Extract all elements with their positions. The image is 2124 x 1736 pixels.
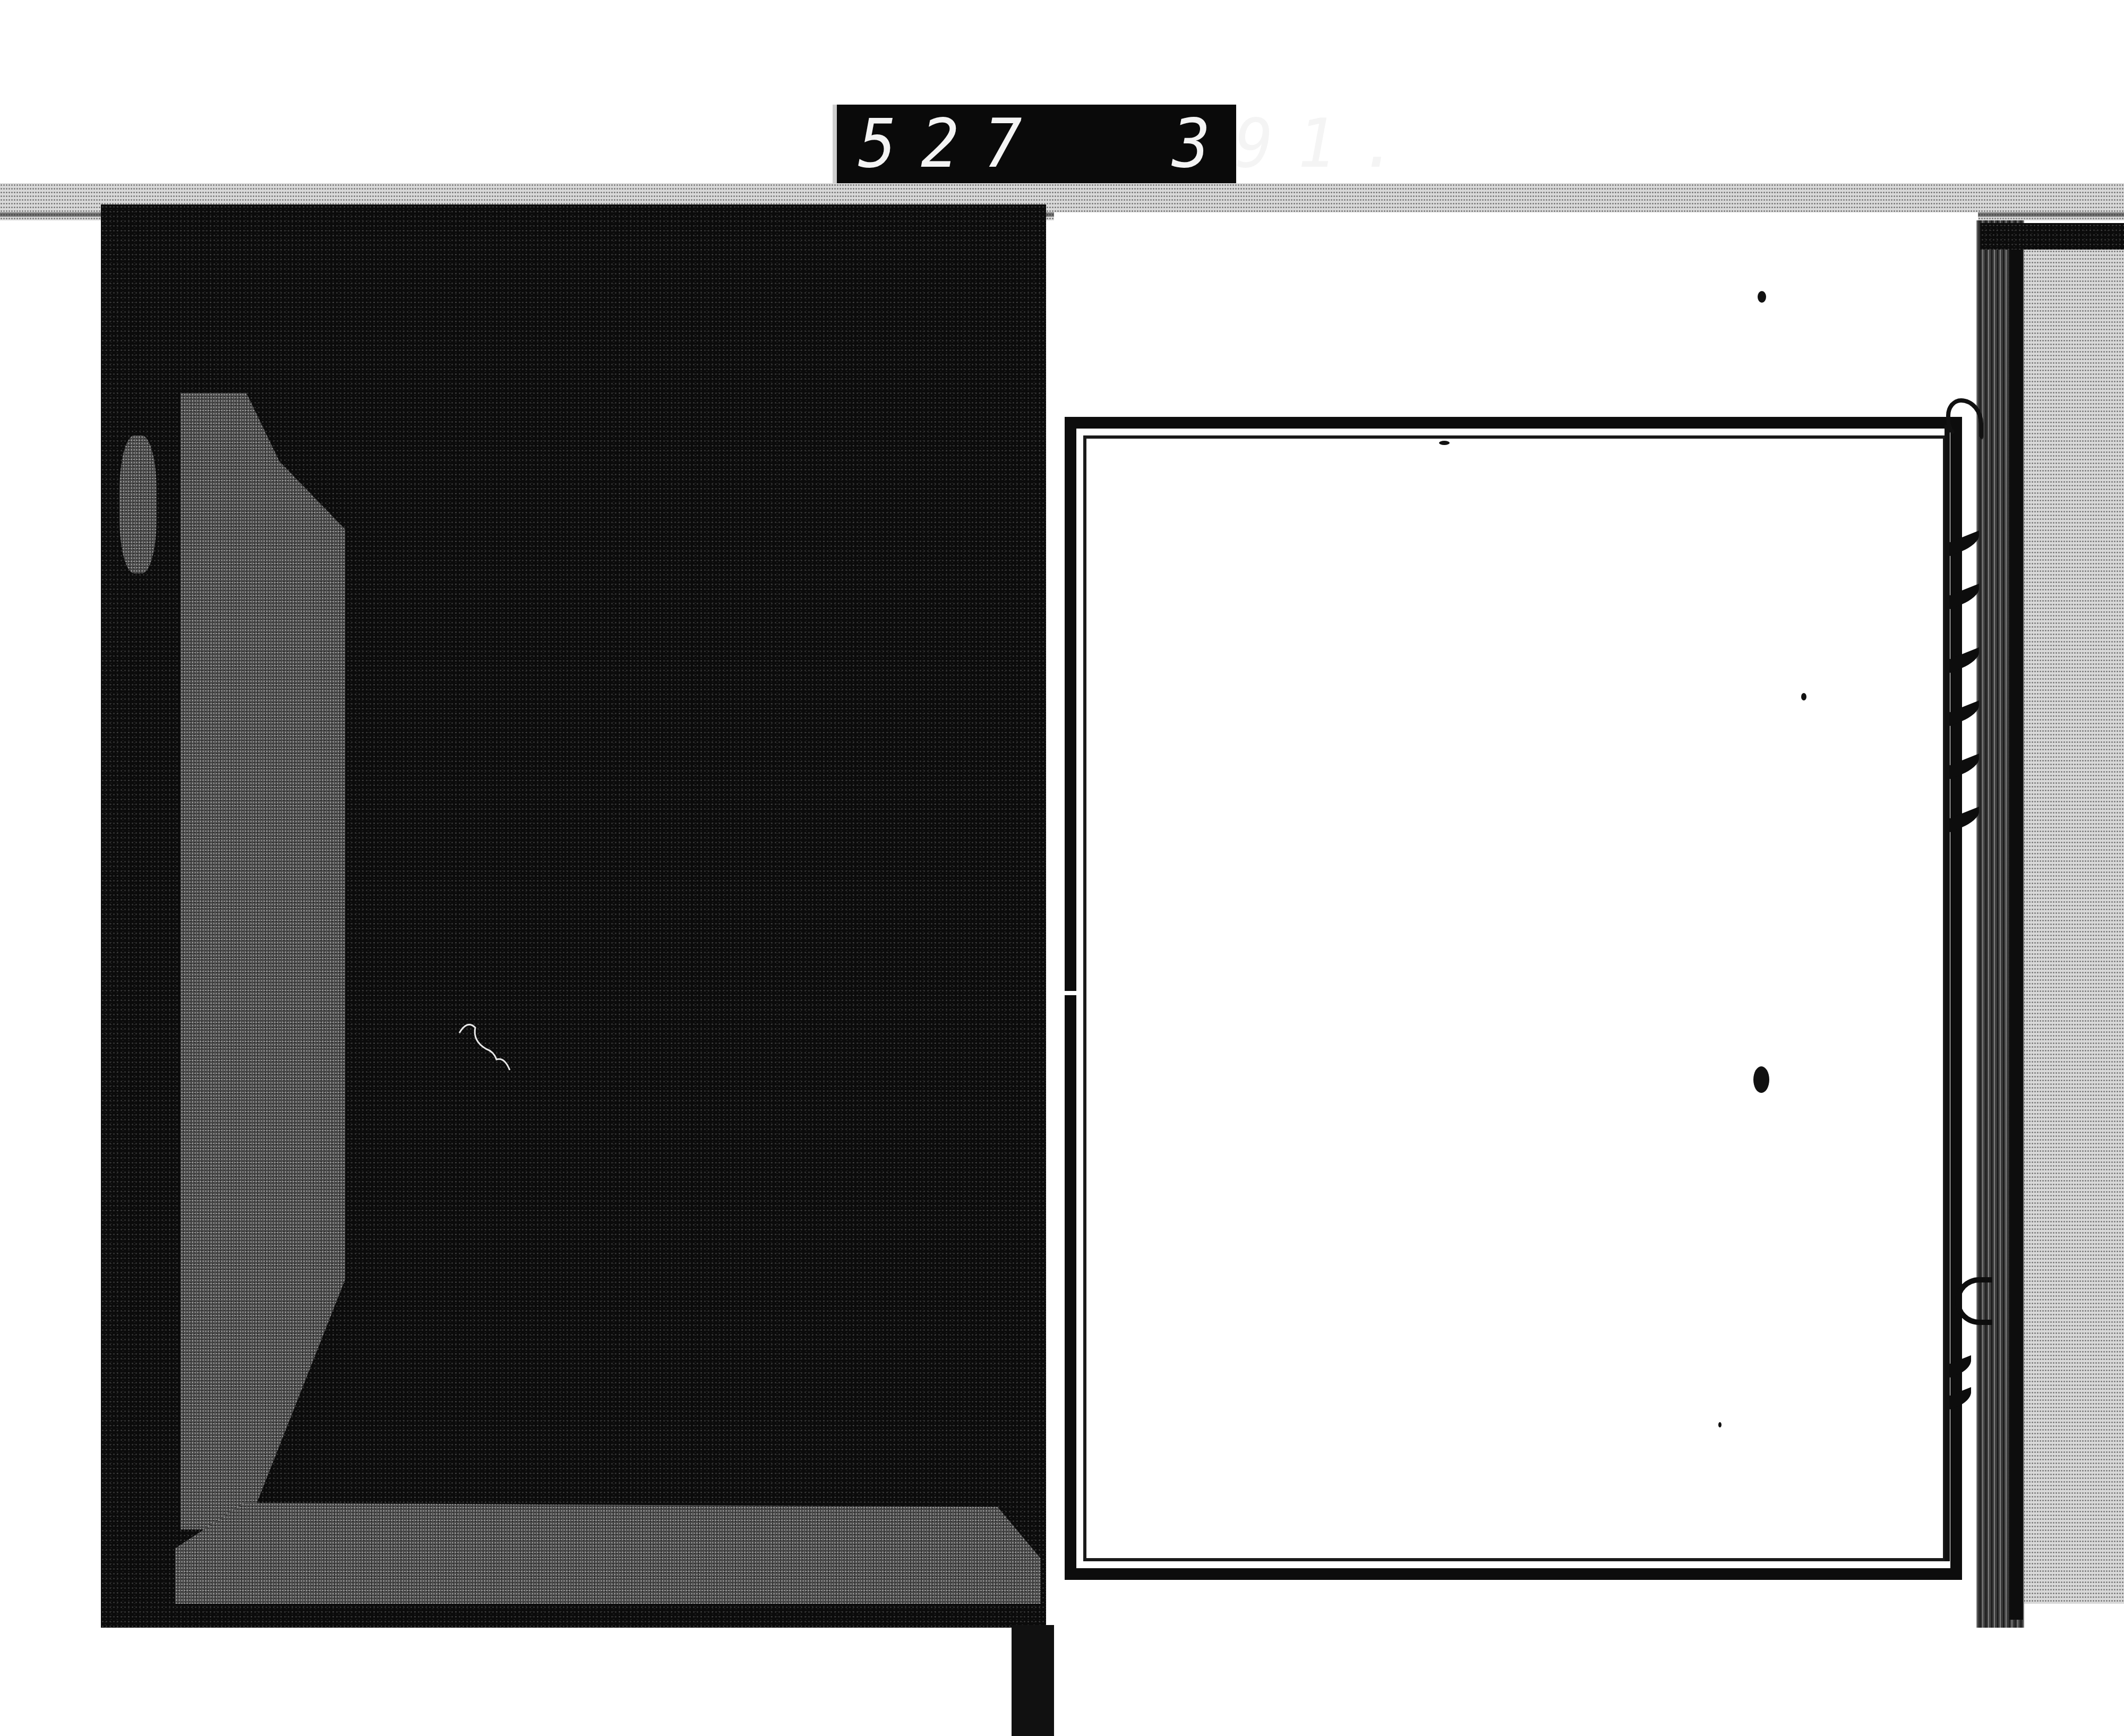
dust-speck bbox=[1439, 441, 1450, 445]
cover-turnin-bottom bbox=[175, 1503, 1041, 1604]
dust-speck bbox=[1801, 693, 1806, 700]
cover-spine-edge bbox=[1012, 1625, 1054, 1736]
spine-top-bar bbox=[1981, 223, 2124, 250]
cover-fiber-mark bbox=[457, 1020, 526, 1078]
spine-edge bbox=[2010, 228, 2023, 1620]
page-frame-gap bbox=[1063, 991, 1079, 995]
frame-counter-digits: 527 391. bbox=[858, 105, 1423, 183]
frame-counter: 527 391. bbox=[833, 105, 1236, 183]
spine-rule bbox=[1945, 425, 1950, 1561]
spine-shadow bbox=[2023, 250, 2124, 1604]
page-frame-inner bbox=[1083, 435, 1946, 1561]
cover-stain bbox=[119, 435, 157, 574]
dust-speck bbox=[1718, 1422, 1722, 1427]
dust-speck bbox=[1758, 291, 1766, 303]
dust-speck bbox=[1753, 1066, 1769, 1093]
